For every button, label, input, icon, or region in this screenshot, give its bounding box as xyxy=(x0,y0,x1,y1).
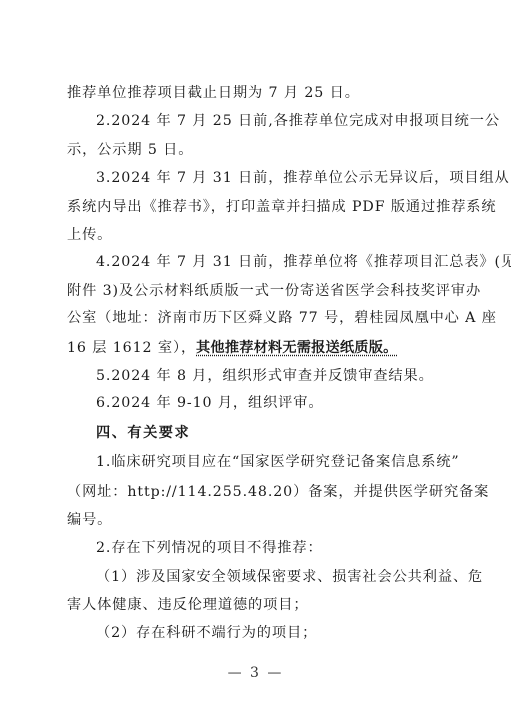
paragraph-line: 附件 3)及公示材料纸质版一式一份寄送省医学会科技奖评审办 xyxy=(67,281,449,301)
paragraph-line: 公室（地址：济南市历下区舜义路 77 号，碧桂园凤凰中心 A 座 xyxy=(67,308,449,328)
paragraph-line: 2.存在下列情况的项目不得推荐： xyxy=(96,538,449,558)
line-text: 16 层 1612 室）， xyxy=(67,340,196,356)
paragraph-line: 16 层 1612 室），其他推荐材料无需报送纸质版。 xyxy=(67,338,449,358)
page-number: — 3 — xyxy=(0,665,511,681)
paragraph-line: 2.2024 年 7 月 25 日前,各推荐单位完成对申报项目统一公 xyxy=(96,111,449,131)
paragraph-line: 5.2024 年 8 月，组织形式审查并反馈审查结果。 xyxy=(96,366,449,386)
paragraph-line: （网址：http://114.255.48.20）备案，并提供医学研究备案 xyxy=(67,482,449,502)
paragraph-line: 编号。 xyxy=(67,510,449,530)
paragraph-line: 4.2024 年 7 月 31 日前，推荐单位将《推荐项目汇总表》(见 xyxy=(96,252,449,272)
paragraph-line: （1）涉及国家安全领域保密要求、损害社会公共利益、危 xyxy=(96,567,449,587)
paragraph-line: 系统内导出《推荐书》，打印盖章并扫描成 PDF 版通过推荐系统 xyxy=(67,197,449,217)
paragraph-line: 上传。 xyxy=(67,225,449,245)
paragraph-line: 示，公示期 5 日。 xyxy=(67,140,449,160)
paragraph-line: （2）存在科研不端行为的项目； xyxy=(96,623,449,643)
paragraph-line: 推荐单位推荐项目截止日期为 7 月 25 日。 xyxy=(67,83,449,103)
paragraph-line: 害人体健康、违反伦理道德的项目； xyxy=(67,595,449,615)
section-heading: 四、有关要求 xyxy=(96,423,449,443)
emphasis-text: 其他推荐材料无需报送纸质版。 xyxy=(196,340,397,356)
paragraph-line: 3.2024 年 7 月 31 日前，推荐单位公示无异议后，项目组从 xyxy=(96,168,449,188)
paragraph-line: 1.临床研究项目应在“国家医学研究登记备案信息系统” xyxy=(96,452,449,472)
paragraph-line: 6.2024 年 9-10 月，组织评审。 xyxy=(96,393,449,413)
